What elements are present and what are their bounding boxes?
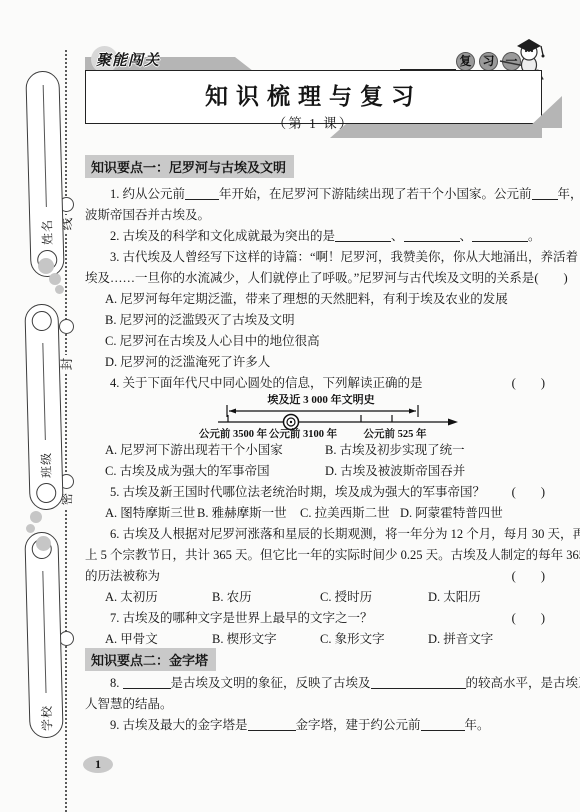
questions-block-2: 8. 是古埃及文明的象征，反映了古埃及的较高水平，是古埃及 人智慧的结晶。 9.… [85, 673, 545, 736]
question-3-option-b: B. 尼罗河的泛滥毁灭了古埃及文明 [85, 310, 545, 331]
option: D. 古埃及被波斯帝国吞并 [325, 461, 465, 482]
question-4-options-row-1: A. 尼罗河下游出现若干个小国家B. 古埃及初步实现了统一 [85, 440, 545, 461]
seal-dotted-line [65, 50, 67, 812]
seal-line-ring [59, 319, 74, 334]
answer-bracket: ( ) [512, 482, 545, 503]
option: A. 图特摩斯三世 [105, 503, 195, 524]
option: B. 农历 [212, 587, 252, 608]
timeline-caption: 埃及近 3 000 年文明史 [267, 394, 374, 406]
question-6-options: A. 太初历B. 农历C. 授时历D. 太阳历 [85, 587, 545, 608]
timeline-tick-label: 公元前 525 年 [364, 427, 427, 440]
timeline-axis: 埃及近 3 000 年文明史 公元前 3500 年 公元前 3100 年 公元前… [188, 394, 468, 440]
concentric-circle-marker [284, 415, 299, 430]
option: D. 阿蒙霍特普四世 [400, 503, 503, 524]
page-title: 知识梳理与复习 [86, 78, 541, 111]
option: B. 雅赫摩斯一世 [197, 503, 287, 524]
chain-dot [30, 511, 42, 523]
option: B. 古埃及初步实现了统一 [325, 440, 465, 461]
option: A. 太初历 [105, 587, 158, 608]
answer-bracket: ( ) [534, 268, 567, 289]
question-7-options: A. 甲骨文B. 楔形文字C. 象形文字D. 拼音文字 [85, 629, 545, 650]
option: D. 太阳历 [428, 587, 481, 608]
answer-blank [421, 717, 465, 731]
answer-bracket: ( ) [512, 566, 545, 587]
answer-blank [532, 186, 558, 200]
page-number-badge: 1 [83, 756, 113, 773]
question-5-stem: 5. 古埃及新王国时代哪位法老统治时期，埃及成为强大的军事帝国？( ) [85, 482, 545, 503]
question-8-line-2: 人智慧的结晶。 [85, 694, 545, 715]
section-1-heading: 知识要点一：尼罗河与古埃及文明 [85, 155, 294, 178]
school-field-capsule: 学校 [24, 532, 63, 739]
question-3-option-a: A. 尼罗河每年定期泛滥，带来了理想的天然肥料，有利于埃及农业的发展 [85, 289, 545, 310]
field-ring-icon [36, 483, 57, 504]
question-4-options-row-2: C. 古埃及成为强大的军事帝国D. 古埃及被波斯帝国吞并 [85, 461, 545, 482]
answer-blank [123, 675, 171, 689]
timeline-tick-label: 公元前 3100 年 [269, 427, 338, 440]
name-write-line [42, 85, 46, 207]
school-field-label: 学校 [37, 705, 55, 731]
option: D. 拼音文字 [428, 629, 493, 650]
option: B. 楔形文字 [212, 629, 277, 650]
question-3-option-c: C. 尼罗河在古埃及人心目中的地位很高 [85, 331, 545, 352]
chain-dot [38, 258, 54, 274]
answer-blank [335, 228, 391, 242]
name-field-capsule: 姓名 [25, 71, 64, 278]
timeline-tick-label: 公元前 3500 年 [199, 427, 268, 440]
question-5-options: A. 图特摩斯三世B. 雅赫摩斯一世C. 拉美西斯二世D. 阿蒙霍特普四世 [85, 503, 545, 524]
school-write-line [42, 571, 46, 693]
chain-dot [36, 536, 51, 551]
question-8-line-1: 8. 是古埃及文明的象征，反映了古埃及的较高水平，是古埃及 [85, 673, 545, 694]
chain-dot [26, 524, 35, 533]
review-badge-circle: 习 [479, 52, 498, 71]
option: C. 象形文字 [320, 629, 385, 650]
option: A. 甲骨文 [105, 629, 158, 650]
question-7-stem: 7. 古埃及的哪种文字是世界上最早的文字之一？( ) [85, 608, 545, 629]
question-3-option-d: D. 尼罗河的泛滥淹死了许多人 [85, 352, 545, 373]
chain-dot [49, 273, 61, 285]
class-write-line [42, 343, 46, 440]
answer-blank [472, 228, 528, 242]
question-9: 9. 古埃及最大的金字塔是金字塔，建于约公元前年。 [85, 715, 545, 736]
review-badge-circle: 复 [456, 52, 475, 71]
class-field-label: 班级 [37, 452, 55, 478]
seal-char-feng: 封 [59, 355, 75, 373]
field-ring-icon [31, 311, 52, 332]
option: C. 拉美西斯二世 [300, 503, 390, 524]
timeline-figure: 埃及近 3 000 年文明史 公元前 3500 年 公元前 3100 年 公元前… [85, 394, 545, 440]
question-3-line-1: 3. 古代埃及人曾经写下这样的诗篇：“啊！尼罗河，我赞美你，你从大地涌出，养活着 [85, 247, 545, 268]
question-4-stem: 4. 关于下面年代尺中同心圆处的信息，下列解读正确的是( ) [85, 373, 545, 394]
decor-bar-bottom [330, 124, 542, 138]
answer-bracket: ( ) [512, 373, 545, 394]
question-3-line-2: 埃及……一旦你的水流减少，人们就停止了呼吸。”尼罗河与古代埃及文明的关系是( ) [85, 268, 545, 289]
question-1-line-1: 1. 约从公元前年开始，在尼罗河下游陆续出现了若干个小国家。公元前年， [85, 184, 545, 205]
question-2: 2. 古埃及的科学和文化成就最为突出的是、、。 [85, 226, 545, 247]
questions-block-1: 1. 约从公元前年开始，在尼罗河下游陆续出现了若干个小国家。公元前年， 波斯帝国… [85, 184, 545, 650]
answer-blank [404, 228, 460, 242]
question-1-line-2: 波斯帝国吞并古埃及。 [85, 205, 545, 226]
answer-blank [371, 675, 466, 689]
answer-bracket: ( ) [512, 608, 545, 629]
brand-logo: 聚能闯关 [96, 49, 160, 70]
option: C. 授时历 [320, 587, 372, 608]
question-6-line-2: 上 5 个宗教节日，共计 365 天。但它比一年的实际时间少 0.25 天。古埃… [85, 545, 545, 566]
answer-blank [248, 717, 296, 731]
title-box: 知识梳理与复习 （第 1 课） [85, 70, 542, 124]
option: C. 古埃及成为强大的军事帝国 [105, 461, 270, 482]
section-2-heading: 知识要点二：金字塔 [85, 648, 216, 671]
chain-dot [55, 285, 64, 294]
worksheet-page: { "header": { "logo": "聚能闯关", "badge_cha… [0, 0, 580, 812]
name-field-label: 姓名 [38, 219, 56, 245]
option: A. 尼罗河下游出现若干个小国家 [105, 440, 283, 461]
question-6-line-1: 6. 古埃及人根据对尼罗河涨落和星辰的长期观测，将一年分为 12 个月，每月 3… [85, 524, 545, 545]
question-6-line-3: 的历法被称为( ) [85, 566, 545, 587]
answer-blank [185, 186, 219, 200]
class-field-capsule: 班级 [24, 304, 63, 511]
